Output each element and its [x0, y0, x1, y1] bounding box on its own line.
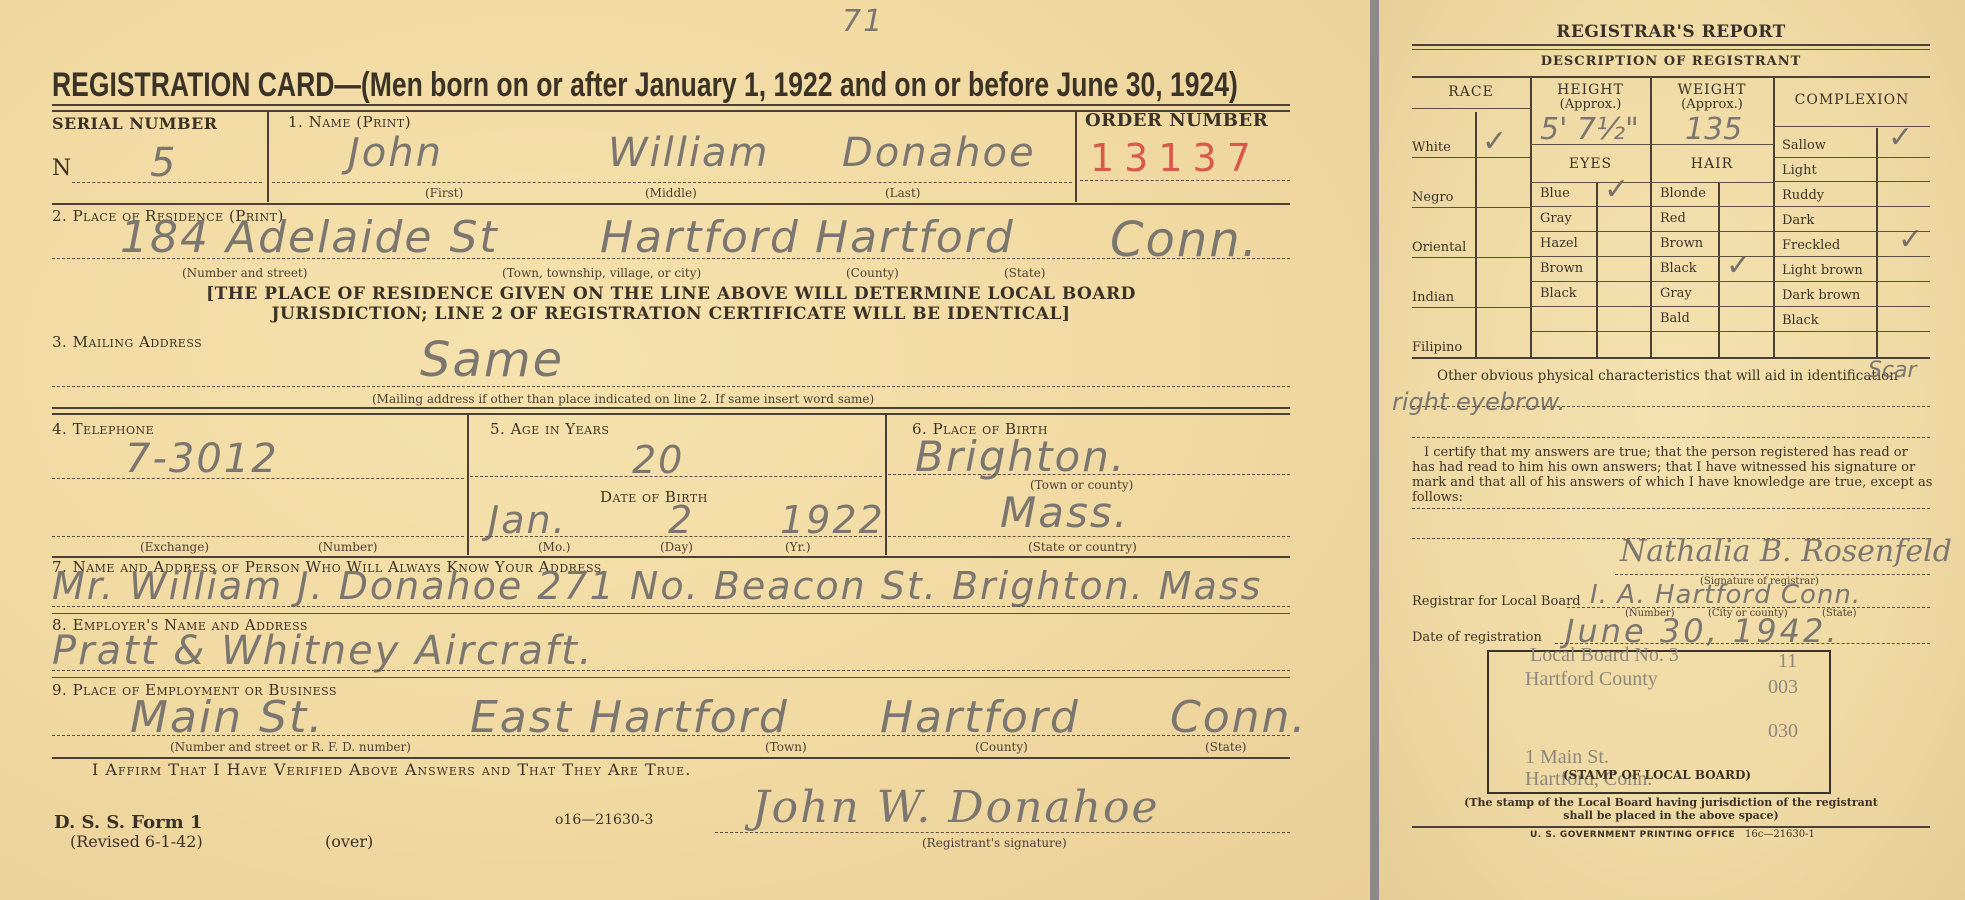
signature-caption: (Registrant's signature): [922, 836, 1067, 850]
middle-caption: (Middle): [645, 186, 697, 200]
rule-after-mailing: [52, 407, 1290, 409]
last-name-value[interactable]: Donahoe: [842, 130, 1036, 176]
telephone-line: [52, 478, 464, 479]
serial-number-value[interactable]: 5: [150, 140, 177, 186]
month-caption: (Mo.): [538, 540, 570, 554]
employment-line: [52, 735, 1290, 736]
order-number-value[interactable]: 13137: [1090, 136, 1261, 180]
card-divider: [1370, 0, 1379, 900]
hair-option-black[interactable]: Black: [1660, 261, 1697, 276]
registrar-signature-line: [1615, 574, 1930, 575]
row-rule-6: [1531, 331, 1930, 332]
mailing-address-value[interactable]: Same: [420, 332, 564, 388]
form-revised: (Revised 6-1-42): [70, 832, 203, 851]
stamp-line-3: 1 Main St.: [1525, 746, 1609, 769]
description-subtitle: DESCRIPTION OF REGISTRANT: [1412, 54, 1930, 69]
complexion-option-dark[interactable]: Dark: [1782, 213, 1814, 228]
complexion-option-light-brown[interactable]: Light brown: [1782, 263, 1863, 278]
weight-col: [1650, 78, 1652, 358]
title-rule: [52, 104, 1290, 106]
birthplace-state-value[interactable]: Mass.: [1000, 488, 1129, 537]
weight-value[interactable]: 135: [1685, 112, 1742, 147]
weight-approx: (Approx.): [1651, 97, 1773, 112]
race-rule-indian: [1412, 307, 1530, 308]
report-rule-2: [1412, 49, 1930, 50]
complexion-option-sallow[interactable]: Sallow: [1782, 138, 1826, 153]
race-rule-negro: [1412, 207, 1530, 208]
stamp-line-2: Hartford County: [1525, 668, 1658, 691]
race-option-indian[interactable]: Indian: [1412, 290, 1454, 305]
name-label: 1. Name (Print): [288, 113, 411, 131]
stamp-caption: (STAMP OF LOCAL BOARD): [1487, 768, 1827, 782]
exceptions-line-1: [1412, 508, 1930, 509]
contact-value[interactable]: Mr. William J. Donahoe 271 No. Beacon St…: [52, 564, 1262, 608]
race-white-checkmark-icon: ✓: [1482, 124, 1507, 159]
height-approx: (Approx.): [1531, 97, 1650, 112]
height-header: HEIGHT: [1531, 82, 1650, 98]
complexion-check-col: [1876, 128, 1878, 358]
residence-notice: [THE PLACE OF RESIDENCE GIVEN ON THE LIN…: [52, 284, 1290, 324]
rule-after-name: [52, 203, 1290, 205]
row-rule-1: [1531, 206, 1930, 207]
complexion-header: COMPLEXION: [1774, 92, 1930, 108]
exchange-caption: (Exchange): [140, 540, 209, 554]
race-option-filipino[interactable]: Filipino: [1412, 340, 1462, 355]
hw-rule: [1531, 144, 1773, 145]
employer-line: [52, 670, 1290, 671]
eyes-option-gray[interactable]: Gray: [1540, 211, 1572, 226]
mailing-caption: (Mailing address if other than place ind…: [372, 392, 874, 406]
complexion-option-freckled[interactable]: Freckled: [1782, 238, 1840, 253]
race-option-negro[interactable]: Negro: [1412, 190, 1453, 205]
date-of-registration-label: Date of registration: [1412, 630, 1542, 645]
stamp-line-1: Local Board No. 3: [1530, 644, 1679, 667]
hair-option-brown[interactable]: Brown: [1660, 236, 1703, 251]
certify-text: I certify that my answers are true; that…: [1412, 445, 1934, 505]
registrar-signature[interactable]: Nathalia B. Rosenfeld: [1620, 534, 1952, 569]
residence-notice-line-1: [THE PLACE OF RESIDENCE GIVEN ON THE LIN…: [52, 284, 1290, 304]
over-note: (over): [325, 832, 373, 851]
employment-county-caption: (County): [975, 740, 1028, 754]
middle-name-value[interactable]: William: [608, 130, 769, 176]
race-check-col: [1475, 112, 1477, 358]
employment-state-caption: (State): [1205, 740, 1246, 754]
complexion-option-ruddy[interactable]: Ruddy: [1782, 188, 1824, 203]
eyes-blue-checkmark-icon: ✓: [1604, 172, 1629, 207]
race-header: RACE: [1412, 84, 1530, 100]
corner-pencil-mark: 71: [842, 4, 884, 39]
footer-rule: [1412, 826, 1930, 828]
other-line-2: [1412, 437, 1930, 438]
rule-after-contact: [52, 613, 1290, 614]
col-divider-4-5: [467, 413, 469, 555]
employment-town-caption: (Town): [765, 740, 807, 754]
hair-option-blonde[interactable]: Blonde: [1660, 186, 1706, 201]
complexion-sallow-checkmark-icon: ✓: [1888, 120, 1913, 155]
stamp-num-1: 11: [1778, 650, 1797, 673]
order-line: [1080, 180, 1290, 181]
mailing-address-label: 3. Mailing Address: [52, 333, 202, 351]
age-label: 5. Age in Years: [490, 420, 609, 438]
rule-after-employer: [52, 677, 1290, 678]
eyes-option-blue[interactable]: Blue: [1540, 186, 1570, 201]
stamp-note-line-2: shall be placed in the above space): [1412, 809, 1930, 822]
form-id: D. S. S. Form 1: [54, 812, 202, 833]
complexion-option-black[interactable]: Black: [1782, 313, 1819, 328]
other-characteristics-value-1[interactable]: Scar: [1868, 358, 1917, 383]
row-rule-3: [1531, 256, 1930, 257]
birthplace-state-caption: (State or country): [1028, 540, 1137, 554]
contact-line: [52, 606, 1290, 607]
rule-after-mailing-2: [52, 413, 1290, 415]
dob-line: [470, 536, 882, 537]
birthplace-line-2: [888, 536, 1290, 537]
hair-black-checkmark-icon: ✓: [1726, 248, 1751, 283]
employment-street-caption: (Number and street or R. F. D. number): [170, 740, 411, 754]
card-title: REGISTRATION CARD—(Men born on or after …: [52, 66, 1238, 105]
eyes-header: EYES: [1531, 156, 1650, 172]
employer-value[interactable]: Pratt & Whitney Aircraft.: [52, 628, 593, 674]
registrar-report-title: REGISTRAR'S REPORT: [1412, 22, 1930, 42]
last-caption: (Last): [885, 186, 920, 200]
local-board-label: Registrar for Local Board: [1412, 594, 1581, 609]
race-rule-oriental: [1412, 257, 1530, 258]
order-number-label: ORDER NUMBER: [1085, 110, 1268, 131]
eyes-option-brown[interactable]: Brown: [1540, 261, 1583, 276]
print-code: o16—21630-3: [555, 812, 653, 828]
other-line-1: [1412, 406, 1930, 407]
race-header-rule: [1412, 108, 1530, 109]
eyes-option-black[interactable]: Black: [1540, 286, 1577, 301]
table-top-rule: [1412, 76, 1930, 78]
telephone-line-2: [52, 536, 464, 537]
county-caption: (County): [846, 266, 899, 280]
stamp-num-2: 003: [1768, 676, 1798, 699]
residence-state-value[interactable]: Conn.: [1110, 212, 1259, 268]
number-caption: (Number): [318, 540, 378, 554]
day-caption: (Day): [660, 540, 693, 554]
col-divider-5-6: [885, 413, 887, 555]
year-caption: (Yr.): [785, 540, 811, 554]
state-caption: (State): [1004, 266, 1045, 280]
serial-number-label: SERIAL NUMBER: [52, 114, 218, 133]
town-caption: (Town, township, village, or city): [502, 266, 701, 280]
mailing-line: [52, 386, 1290, 387]
printer-name: U. S. GOVERNMENT PRINTING OFFICE: [1530, 830, 1735, 840]
residence-notice-line-2: JURISDICTION; LINE 2 OF REGISTRATION CER…: [52, 304, 1290, 324]
hair-option-bald[interactable]: Bald: [1660, 311, 1690, 326]
rule-after-employment: [52, 757, 1290, 759]
hair-header: HAIR: [1651, 156, 1773, 172]
serial-divider: [267, 112, 269, 202]
other-characteristics-value-2[interactable]: right eyebrow.: [1392, 388, 1565, 416]
weight-header: WEIGHT: [1651, 82, 1773, 98]
registrant-signature[interactable]: John W. Donahoe: [752, 782, 1160, 833]
first-caption: (First): [425, 186, 463, 200]
complexion-option-dark-brown[interactable]: Dark brown: [1782, 288, 1860, 303]
name-line: [272, 182, 1072, 183]
table-bottom-rule: [1412, 357, 1930, 359]
residence-street-value[interactable]: 184 Adelaide St: [120, 212, 499, 263]
telephone-value[interactable]: 7-3012: [125, 436, 279, 482]
stamp-note: (The stamp of the Local Board having jur…: [1412, 796, 1930, 822]
race-option-white[interactable]: White: [1412, 140, 1451, 155]
row-rule-c2: [1774, 181, 1930, 182]
stamp-note-line-1: (The stamp of the Local Board having jur…: [1412, 796, 1930, 809]
hair-option-gray[interactable]: Gray: [1660, 286, 1692, 301]
signature-line: [715, 832, 1290, 833]
row-rule-c1: [1774, 157, 1930, 158]
residence-county-value[interactable]: Hartford: [815, 212, 1015, 263]
height-value[interactable]: 5' 7½": [1540, 112, 1639, 147]
affirmation-text: I Affirm That I Have Verified Above Answ…: [92, 760, 691, 779]
residence-town-value[interactable]: Hartford: [600, 212, 800, 263]
age-line: [470, 476, 882, 477]
complexion-col: [1773, 78, 1775, 358]
serial-prefix: N: [52, 156, 71, 181]
birthplace-line: [888, 474, 1290, 475]
report-rule-1: [1412, 44, 1930, 46]
first-name-value[interactable]: John: [348, 130, 443, 176]
height-col: [1530, 78, 1532, 358]
race-rule-white: [1412, 157, 1530, 158]
printer-code: 16c—21630-1: [1745, 829, 1815, 840]
order-divider: [1075, 112, 1077, 202]
row-rule-2: [1531, 231, 1930, 232]
eyes-option-hazel[interactable]: Hazel: [1540, 236, 1578, 251]
complexion-option-light[interactable]: Light: [1782, 163, 1817, 178]
complexion-freckled-checkmark-icon: ✓: [1898, 222, 1923, 257]
eyes-hair-rule: [1531, 182, 1773, 183]
other-characteristics-label: Other obvious physical characteristics t…: [1437, 368, 1898, 384]
local-board-value[interactable]: I. A. Hartford Conn.: [1590, 580, 1861, 610]
row-rule-4: [1531, 281, 1930, 282]
street-caption: (Number and street): [182, 266, 307, 280]
registration-card-front: 71 REGISTRATION CARD—(Men born on or aft…: [0, 0, 1370, 900]
hair-option-red[interactable]: Red: [1660, 211, 1686, 226]
stamp-num-3: 030: [1768, 720, 1798, 743]
race-option-oriental[interactable]: Oriental: [1412, 240, 1466, 255]
row-rule-5: [1531, 306, 1930, 307]
